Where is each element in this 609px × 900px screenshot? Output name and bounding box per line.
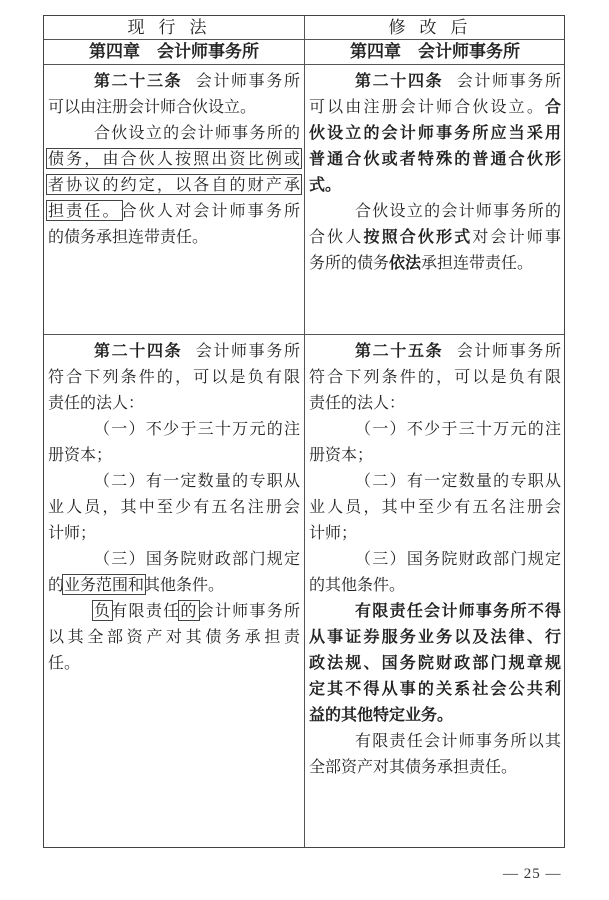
chapter-title-current: 第四章 会计师事务所: [44, 40, 304, 65]
chapter-title-revised: 第四章 会计师事务所: [305, 40, 565, 65]
text-line: 全部资产对其债务承担责任。: [309, 754, 561, 780]
added-text: 定其不得从事的关系社会公共利: [309, 676, 561, 702]
deleted-text-box: 的: [178, 600, 199, 621]
text-line: 符合下列条件的，可以是负有限: [48, 364, 300, 390]
text-line: 计师；: [48, 520, 300, 546]
added-text: 按照合伙形式: [363, 227, 472, 246]
added-text: 政法规、国务院财政部门规章规: [309, 650, 561, 676]
text-line: 册资本；: [48, 442, 300, 468]
added-text: 合: [545, 97, 561, 116]
cell-revised-article-25: 第二十五条 会计师事务所 符合下列条件的，可以是负有限 责任的法人： （一）不少…: [309, 338, 561, 780]
added-text: 益的其他特定业务。: [309, 702, 561, 728]
text-line: （一）不少于三十万元的注: [48, 416, 300, 442]
text-line: 册资本；: [309, 442, 561, 468]
added-text: 普通合伙或者特殊的普通合伙形: [309, 146, 561, 172]
text-line: （三）国务院财政部门规定: [309, 546, 561, 572]
cell-current-article-24: 第二十四条 会计师事务所 符合下列条件的，可以是负有限 责任的法人： （一）不少…: [48, 338, 300, 676]
text-line: 合伙设立的会计师事务所的: [309, 198, 561, 224]
article-title: 第二十四条: [94, 341, 182, 360]
added-text: 有限责任会计师事务所不得: [309, 598, 561, 624]
text-line: （一）不少于三十万元的注: [309, 416, 561, 442]
text-line: 责任的法人：: [309, 390, 561, 416]
text-line: （二）有一定数量的专职从: [48, 468, 300, 494]
text-line: 计师；: [309, 520, 561, 546]
deleted-text-box: 者协议的约定，以各自的财产承: [46, 174, 302, 195]
added-text: 式。: [309, 172, 561, 198]
article-title: 第二十五条: [355, 341, 443, 360]
column-divider: [304, 16, 305, 847]
added-text: 依法: [389, 253, 421, 272]
text-line: 可以由注册会计师合伙设立。: [48, 94, 300, 120]
cell-revised-article-24: 第二十四条 会计师事务所 可以由注册会计师合伙设立。合 伙设立的会计师事务所应当…: [309, 68, 561, 276]
text-line: 业人员，其中至少有五名注册会: [48, 494, 300, 520]
cell-current-article-23: 第二十三条 会计师事务所 可以由注册会计师合伙设立。 合伙设立的会计师事务所的 …: [48, 68, 300, 250]
text-line: 责任的法人：: [48, 390, 300, 416]
page-number: — 25 —: [503, 866, 562, 883]
text-line: 的债务承担连带责任。: [48, 224, 300, 250]
text-line: （三）国务院财政部门规定: [48, 546, 300, 572]
text-line: 业人员，其中至少有五名注册会: [309, 494, 561, 520]
text-line: 符合下列条件的，可以是负有限: [309, 364, 561, 390]
deleted-text-box: 业务范围和: [62, 574, 146, 595]
comparison-table: 现行法 修改后 第四章 会计师事务所 第四章 会计师事务所 第二十三条 会计师事…: [43, 15, 565, 848]
text-line: 以其全部资产对其债务承担责: [48, 624, 300, 650]
column-header-current: 现行法: [44, 16, 304, 40]
row-divider: [44, 334, 564, 335]
article-title: 第二十四条: [355, 71, 443, 90]
text-line: （二）有一定数量的专职从: [309, 468, 561, 494]
text-line: 有限责任会计师事务所以其: [309, 728, 561, 754]
article-title: 第二十三条: [94, 71, 182, 90]
text-line: 任。: [48, 650, 300, 676]
added-text: 伙设立的会计师事务所应当采用: [309, 120, 561, 146]
added-text: 从事证券服务业务以及法律、行: [309, 624, 561, 650]
text-line: 的其他条件。: [309, 572, 561, 598]
text-line: 合伙设立的会计师事务所的: [48, 120, 300, 146]
column-header-revised: 修改后: [305, 16, 565, 40]
deleted-text-box: 债务，由合伙人按照出资比例或: [46, 148, 302, 169]
deleted-text-box: 担责任。: [46, 200, 123, 221]
